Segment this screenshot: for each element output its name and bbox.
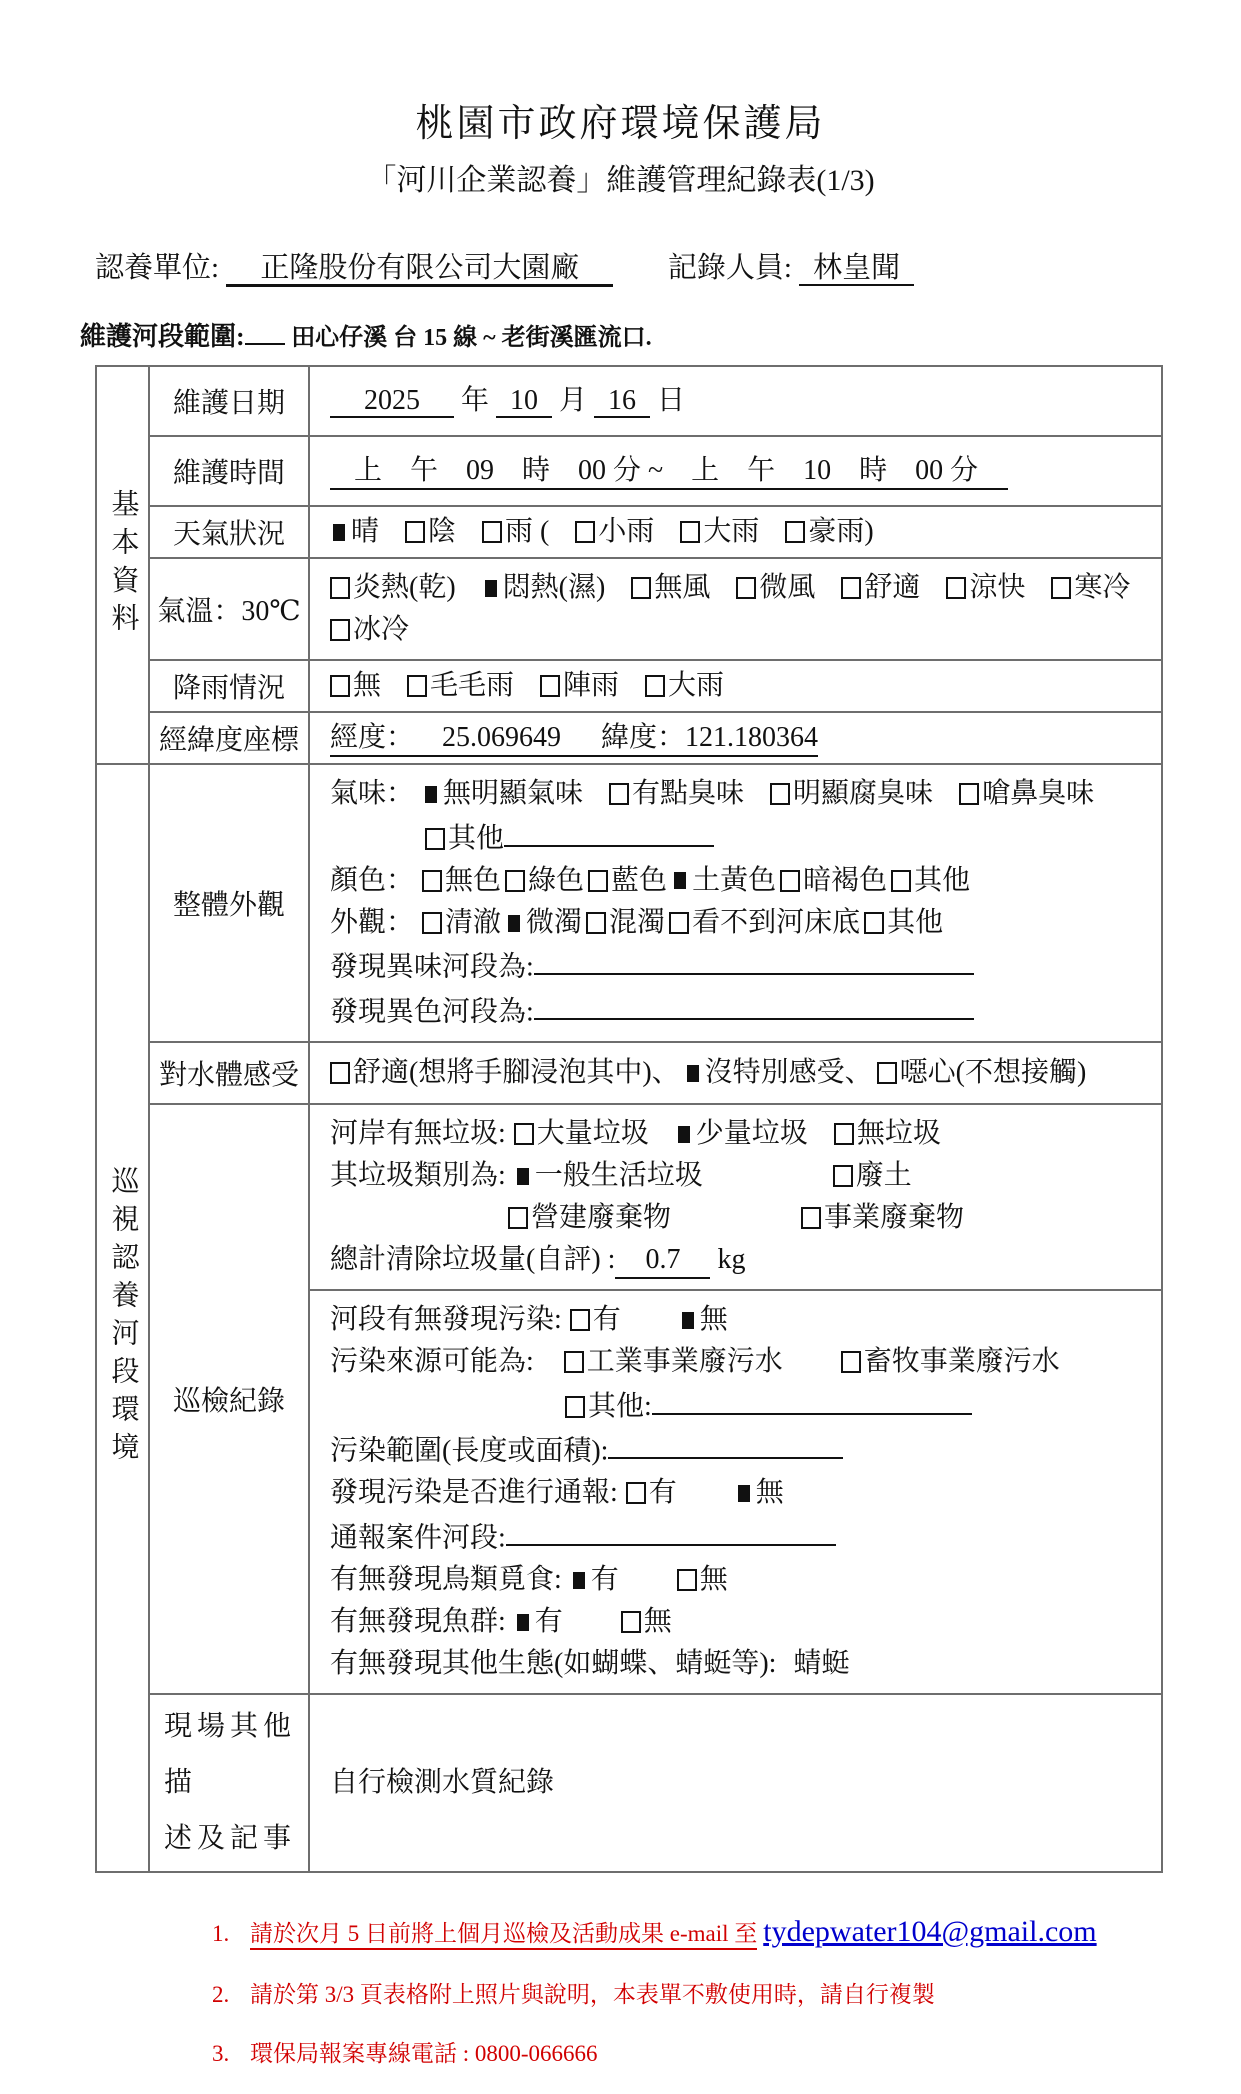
pollution-range-blank[interactable]	[608, 1430, 843, 1459]
look-prefix: 外觀：	[330, 907, 414, 938]
pollution-options: 有無	[570, 1304, 728, 1335]
checkbox-label: 其他:	[588, 1388, 652, 1426]
checkbox-checked[interactable]	[682, 1312, 694, 1329]
checkbox-checked[interactable]	[508, 915, 520, 932]
checkbox-label: 陰	[428, 513, 456, 551]
checkbox-option: 無色	[422, 862, 501, 900]
table-row: 經緯度座標 經度：25.069649 緯度：121.180364	[96, 712, 1162, 764]
checkbox-unchecked[interactable]	[626, 1482, 646, 1504]
checkbox-option: 噁心(不想接觸)	[877, 1054, 1087, 1092]
checkbox-label: 舒適	[864, 569, 920, 607]
odd-color-label: 發現異色河段為:	[330, 996, 534, 1027]
checkbox-label: 沒特別感受、	[705, 1054, 873, 1092]
checkbox-unchecked[interactable]	[330, 1062, 350, 1084]
checkbox-option: 事業廢棄物	[801, 1199, 964, 1237]
checkbox-unchecked[interactable]	[801, 1207, 821, 1229]
checkbox-label: 寒冷	[1074, 569, 1130, 607]
checkbox-unchecked[interactable]	[564, 1351, 584, 1373]
ecology-label: 有無發現其他生態(如蝴蝶、蜻蜓等):	[330, 1648, 776, 1679]
river-range-line: 維護河段範圍: 田心仔溪 台 15 線 ~ 老街溪匯流口.	[80, 316, 1161, 353]
checkbox-unchecked[interactable]	[785, 521, 805, 543]
checkbox-unchecked[interactable]	[330, 675, 350, 697]
bird-prefix: 有無發現鳥類覓食:	[330, 1564, 562, 1595]
checkbox-unchecked[interactable]	[330, 619, 350, 641]
checkbox-unchecked[interactable]	[1051, 577, 1071, 599]
checkbox-option: 微濁	[505, 904, 582, 942]
checkbox-label: 混濁	[609, 904, 665, 942]
checkbox-label: 冰冷	[353, 611, 409, 649]
checkbox-option: 舒適(想將手腳浸泡其中)、	[330, 1054, 680, 1092]
checkbox-option: 一般生活垃圾	[514, 1157, 703, 1195]
maintain-date-value: 2025 年 10 月 16 日	[309, 366, 1162, 436]
checkbox-label: 其他	[448, 820, 504, 858]
garbage-type-prefix: 其垃圾類別為:	[330, 1160, 506, 1191]
checkbox-unchecked[interactable]	[508, 1207, 528, 1229]
checkbox-unchecked[interactable]	[877, 1062, 897, 1084]
report-options: 有無	[626, 1477, 784, 1508]
checkbox-label: 藍色	[611, 862, 667, 900]
weather-label: 天氣狀況	[149, 506, 309, 558]
unit-recorder-line: 認養單位: 正隆股份有限公司大園廠 記錄人員: 林皇聞	[95, 245, 1146, 286]
report-case-label: 通報案件河段:	[330, 1522, 506, 1553]
checkbox-option: 土黃色	[671, 862, 776, 900]
footer-note-1: 1. 請於次月 5 日前將上個月巡檢及活動成果 e-mail 至 tydepwa…	[212, 1915, 1241, 1950]
checkbox-unchecked[interactable]	[588, 870, 608, 892]
checkbox-unchecked[interactable]	[422, 912, 442, 934]
report-case-blank[interactable]	[506, 1517, 836, 1546]
checkbox-option: 營建廢棄物	[508, 1199, 671, 1237]
checkbox-label: 微濁	[526, 904, 582, 942]
color-prefix: 顏色：	[330, 865, 414, 896]
adopt-unit-field[interactable]: 正隆股份有限公司大園廠	[226, 252, 613, 287]
pollution-source-other-blank[interactable]	[652, 1386, 972, 1415]
odd-color-blank[interactable]	[534, 991, 974, 1020]
checkbox-option: 嗆鼻臭味	[959, 775, 1094, 813]
fish-options: 有無	[514, 1606, 672, 1637]
checkbox-label: 營建廢棄物	[531, 1199, 671, 1237]
section-basic-label: 基本資料	[96, 366, 149, 764]
maintain-time-field[interactable]: 上 午 09 時 00 分 ~ 上 午 10 時 00 分	[330, 455, 1008, 490]
rainfall-options: 無毛毛雨陣雨大雨	[309, 660, 1162, 712]
checkbox-label: 悶熱(濕)	[503, 569, 606, 607]
checkbox-unchecked[interactable]	[407, 675, 427, 697]
checkbox-unchecked[interactable]	[482, 521, 502, 543]
checkbox-option: 微風	[736, 569, 815, 607]
checkbox-option: 有	[514, 1603, 563, 1641]
checkbox-unchecked[interactable]	[645, 675, 665, 697]
checkbox-option: 無風	[631, 569, 710, 607]
checkbox-label: 有	[591, 1561, 619, 1599]
checkbox-label: 無風	[654, 569, 710, 607]
checkbox-option: 雨 (	[482, 513, 549, 551]
checkbox-label: 有	[649, 1474, 677, 1512]
checkbox-checked[interactable]	[333, 524, 345, 541]
table-row: 降雨情況 無毛毛雨陣雨大雨	[96, 660, 1162, 712]
checkbox-label: 舒適(想將手腳浸泡其中)、	[353, 1054, 680, 1092]
odd-smell-label: 發現異味河段為:	[330, 951, 534, 982]
river-range-value[interactable]: 田心仔溪 台 15 線 ~ 老街溪匯流口.	[291, 325, 651, 351]
river-range-label: 維護河段範圍	[80, 322, 236, 351]
checkbox-label: 廢土	[856, 1157, 912, 1195]
checkbox-option: 寒冷	[1051, 569, 1130, 607]
checkbox-unchecked[interactable]	[669, 912, 689, 934]
checkbox-option: 舒適	[841, 569, 920, 607]
checkbox-option: 藍色	[588, 862, 667, 900]
checkbox-option: 陣雨	[540, 667, 619, 705]
checkbox-option: 毛毛雨	[407, 667, 514, 705]
checkbox-option: 炎熱(乾)	[330, 569, 456, 607]
checkbox-label: 無色	[445, 862, 501, 900]
checkbox-unchecked[interactable]	[946, 577, 966, 599]
bird-options: 有無	[570, 1564, 728, 1595]
weather-options: 晴陰雨 (小雨大雨豪雨)	[309, 506, 1162, 558]
look-options: 清澈微濁混濁看不到河床底其他	[422, 907, 943, 938]
table-row: 天氣狀況 晴陰雨 (小雨大雨豪雨)	[96, 506, 1162, 558]
colon: :	[236, 322, 245, 351]
checkbox-label: 其他	[914, 862, 970, 900]
patrol-record-pollution-cell: 河段有無發現污染:有無 污染來源可能為:工業事業廢污水畜牧事業廢污水 其他: 污…	[309, 1290, 1162, 1694]
longitude-value: 25.069649	[442, 722, 561, 753]
date-day-field[interactable]: 16	[594, 385, 650, 418]
temperature-options-line1: 炎熱(乾)悶熱(濕)無風微風舒適涼快寒冷	[330, 569, 1149, 607]
checkbox-option: 無明顯氣味	[422, 775, 583, 813]
checkbox-option: 大雨	[680, 513, 759, 551]
checkbox-label: 大雨	[668, 667, 724, 705]
form-page: 桃園市政府環境保護局 「河川企業認養」維護管理紀錄表(1/3) 認養單位: 正隆…	[0, 0, 1241, 2094]
blank-line[interactable]	[245, 318, 285, 345]
patrol-record-garbage-cell: 河岸有無垃圾:大量垃圾少量垃圾無垃圾 其垃圾類別為:一般生活垃圾廢土 營建廢棄物…	[309, 1104, 1162, 1290]
recorder-label: 記錄人員:	[668, 252, 792, 284]
site-notes-content[interactable]: 自行檢測水質紀錄	[309, 1694, 1162, 1872]
garbage-type-row2: 營建廢棄物事業廢棄物	[508, 1202, 964, 1233]
checkbox-label: 雨 (	[505, 513, 549, 551]
temperature-label: 氣溫：30℃	[149, 558, 309, 660]
checkbox-unchecked[interactable]	[575, 521, 595, 543]
checkbox-option: 有	[570, 1561, 619, 1599]
checkbox-option: 無垃圾	[834, 1115, 941, 1153]
checkbox-unchecked[interactable]	[680, 521, 700, 543]
checkbox-option: 畜牧事業廢污水	[841, 1343, 1060, 1381]
checkbox-label: 看不到河床底	[692, 904, 860, 942]
note-text: 請於第 3/3 頁表格附上照片與說明，本表單不敷使用時，請自行複製	[250, 1976, 935, 2009]
maintain-date-label: 維護日期	[149, 366, 309, 436]
checkbox-option: 暗褐色	[780, 862, 887, 900]
checkbox-unchecked[interactable]	[621, 1611, 641, 1633]
date-year-field[interactable]: 2025	[330, 385, 454, 418]
water-feel-label: 對水體感受	[149, 1042, 309, 1104]
checkbox-label: 涼快	[969, 569, 1025, 607]
coordinates-label: 經緯度座標	[149, 712, 309, 764]
adopt-unit-label: 認養單位:	[95, 252, 219, 284]
checkbox-label: 大量垃圾	[537, 1115, 649, 1153]
page-subtitle: 「河川企業認養」維護管理紀錄表(1/3)	[0, 155, 1241, 199]
odor-other-blank[interactable]	[504, 817, 714, 846]
footer-note-2: 2. 請於第 3/3 頁表格附上照片與說明，本表單不敷使用時，請自行複製	[212, 1976, 1241, 2009]
water-feel-options: 舒適(想將手腳浸泡其中)、沒特別感受、噁心(不想接觸)	[309, 1042, 1162, 1104]
checkbox-label: 炎熱(乾)	[353, 569, 456, 607]
day-unit: 日	[657, 385, 685, 416]
checkbox-option: 無	[621, 1603, 672, 1641]
checkbox-unchecked[interactable]	[505, 870, 525, 892]
odd-smell-blank[interactable]	[534, 946, 974, 975]
checkbox-label: 無	[700, 1301, 728, 1339]
checkbox-checked[interactable]	[517, 1168, 529, 1185]
pollution-source-row2: 其他:	[565, 1391, 652, 1422]
checkbox-unchecked[interactable]	[891, 870, 911, 892]
checkbox-label: 土黃色	[692, 862, 776, 900]
checkbox-label: 小雨	[598, 513, 654, 551]
checkbox-option: 晴	[330, 513, 379, 551]
year-unit: 年	[461, 385, 489, 416]
latitude-label: 緯度：	[601, 722, 685, 753]
checkbox-checked[interactable]	[425, 786, 437, 803]
checkbox-label: 少量垃圾	[696, 1115, 808, 1153]
note-number: 1.	[212, 1921, 250, 1947]
checkbox-checked[interactable]	[485, 580, 497, 597]
temperature-options-line2: 冰冷	[330, 611, 1149, 649]
checkbox-label: 其他	[887, 904, 943, 942]
checkbox-label: 晴	[351, 513, 379, 551]
latitude-value: 121.180364	[685, 722, 818, 753]
checkbox-label: 無	[700, 1561, 728, 1599]
checkbox-option: 陰	[405, 513, 456, 551]
pollution-source-prefix: 污染來源可能為:	[330, 1346, 534, 1377]
overall-appearance-label: 整體外觀	[149, 764, 309, 1042]
checkbox-label: 無	[353, 667, 381, 705]
site-notes-label: 現場其他描 述及記事	[149, 1694, 309, 1872]
checkbox-label: 噁心(不想接觸)	[900, 1054, 1087, 1092]
checkbox-label: 嗆鼻臭味	[982, 775, 1094, 813]
checkbox-option: 無	[735, 1474, 784, 1512]
checkbox-unchecked[interactable]	[514, 1123, 534, 1145]
checkbox-option: 廢土	[833, 1157, 912, 1195]
checkbox-unchecked[interactable]	[736, 577, 756, 599]
patrol-record-label: 巡檢紀錄	[149, 1104, 309, 1694]
checkbox-label: 畜牧事業廢污水	[864, 1343, 1060, 1381]
checkbox-label: 暗褐色	[803, 862, 887, 900]
checkbox-unchecked[interactable]	[864, 912, 884, 934]
checkbox-label: 一般生活垃圾	[535, 1157, 703, 1195]
coordinates-field[interactable]: 經度：25.069649 緯度：121.180364	[330, 722, 818, 757]
table-row: 對水體感受 舒適(想將手腳浸泡其中)、沒特別感受、噁心(不想接觸)	[96, 1042, 1162, 1104]
checkbox-checked[interactable]	[687, 1065, 699, 1082]
site-notes-label-line2: 述及記事	[156, 1811, 302, 1867]
checkbox-label: 無垃圾	[857, 1115, 941, 1153]
pollution-range-label: 污染範圍(長度或面積):	[330, 1435, 608, 1466]
checkbox-label: 無明顯氣味	[443, 775, 583, 813]
table-row: 維護時間 上 午 09 時 00 分 ~ 上 午 10 時 00 分	[96, 436, 1162, 506]
checkbox-option: 綠色	[505, 862, 584, 900]
checkbox-checked[interactable]	[517, 1614, 529, 1631]
checkbox-checked[interactable]	[678, 1126, 690, 1143]
checkbox-unchecked[interactable]	[834, 1123, 854, 1145]
checkbox-option: 其他:	[565, 1388, 652, 1426]
odor-other-option: 其他	[425, 823, 504, 854]
ecology-value[interactable]: 蜻蜓	[793, 1648, 849, 1679]
checkbox-unchecked[interactable]	[631, 577, 651, 599]
email-link[interactable]: tydepwater104@gmail.com	[763, 1915, 1096, 1949]
checkbox-option: 少量垃圾	[675, 1115, 808, 1153]
checkbox-unchecked[interactable]	[833, 1165, 853, 1187]
odor-options: 無明顯氣味有點臭味明顯腐臭味嗆鼻臭味	[422, 778, 1094, 809]
footer-note-3: 3. 環保局報案專線電話 : 0800-066666	[212, 2035, 1241, 2068]
checkbox-label: 工業事業廢污水	[587, 1343, 783, 1381]
checkbox-checked[interactable]	[573, 1572, 585, 1589]
checkbox-option: 混濁	[586, 904, 665, 942]
garbage-total-unit: kg	[717, 1244, 745, 1275]
note-number: 3.	[212, 2041, 250, 2067]
checkbox-option: 有	[626, 1474, 677, 1512]
section-patrol-label: 巡視認養河段環境	[96, 764, 149, 1872]
maintain-time-label: 維護時間	[149, 436, 309, 506]
temperature-cell: 炎熱(乾)悶熱(濕)無風微風舒適涼快寒冷 冰冷	[309, 558, 1162, 660]
checkbox-option: 清澈	[422, 904, 501, 942]
record-table: 基本資料 維護日期 2025 年 10 月 16 日 維護時間 上 午 09 時…	[95, 365, 1163, 1873]
checkbox-option: 看不到河床底	[669, 904, 860, 942]
overall-appearance-cell: 氣味：無明顯氣味有點臭味明顯腐臭味嗆鼻臭味 其他 顏色：無色綠色藍色土黃色暗褐色…	[309, 764, 1162, 1042]
checkbox-label: 陣雨	[563, 667, 619, 705]
longitude-label: 經度：	[330, 722, 414, 753]
checkbox-label: 無	[644, 1603, 672, 1641]
date-month-field[interactable]: 10	[496, 385, 552, 418]
checkbox-label: 綠色	[528, 862, 584, 900]
table-row: 巡檢紀錄 河岸有無垃圾:大量垃圾少量垃圾無垃圾 其垃圾類別為:一般生活垃圾廢土 …	[96, 1104, 1162, 1290]
recorder-field[interactable]: 林皇聞	[799, 252, 914, 286]
maintain-time-cell: 上 午 09 時 00 分 ~ 上 午 10 時 00 分	[309, 436, 1162, 506]
garbage-total-label: 總計清除垃圾量(自評) :	[330, 1244, 615, 1275]
checkbox-label: 大雨	[703, 513, 759, 551]
checkbox-unchecked[interactable]	[609, 783, 629, 805]
checkbox-option: 豪雨)	[785, 513, 873, 551]
coordinates-cell: 經度：25.069649 緯度：121.180364	[309, 712, 1162, 764]
checkbox-option: 其他	[891, 862, 970, 900]
checkbox-label: 有點臭味	[632, 775, 744, 813]
checkbox-unchecked[interactable]	[841, 1351, 861, 1373]
checkbox-label: 清澈	[445, 904, 501, 942]
checkbox-option: 無	[677, 1561, 728, 1599]
footer-notes: 1. 請於次月 5 日前將上個月巡檢及活動成果 e-mail 至 tydepwa…	[212, 1915, 1241, 2068]
checkbox-label: 明顯腐臭味	[793, 775, 933, 813]
report-prefix: 發現污染是否進行通報:	[330, 1477, 618, 1508]
checkbox-unchecked[interactable]	[330, 577, 350, 599]
checkbox-unchecked[interactable]	[425, 828, 445, 850]
garbage-total-field[interactable]: 0.7	[615, 1244, 710, 1279]
checkbox-option: 小雨	[575, 513, 654, 551]
garbage-options: 大量垃圾少量垃圾無垃圾	[514, 1118, 941, 1149]
checkbox-checked[interactable]	[674, 872, 686, 889]
checkbox-checked[interactable]	[738, 1485, 750, 1502]
odor-prefix: 氣味：	[330, 778, 414, 809]
checkbox-unchecked[interactable]	[570, 1309, 590, 1331]
note-text: 環保局報案專線電話 : 0800-066666	[250, 2035, 598, 2068]
month-unit: 月	[559, 385, 587, 416]
checkbox-unchecked[interactable]	[586, 912, 606, 934]
checkbox-unchecked[interactable]	[405, 521, 425, 543]
table-row: 現場其他描 述及記事 自行檢測水質紀錄	[96, 1694, 1162, 1872]
page-title: 桃園市政府環境保護局	[0, 92, 1241, 147]
checkbox-option: 悶熱(濕)	[482, 569, 606, 607]
checkbox-unchecked[interactable]	[422, 870, 442, 892]
checkbox-label: 豪雨)	[808, 513, 873, 551]
checkbox-label: 微風	[759, 569, 815, 607]
pollution-prefix: 河段有無發現污染:	[330, 1304, 562, 1335]
checkbox-label: 有	[535, 1603, 563, 1641]
note-text: 請於次月 5 日前將上個月巡檢及活動成果 e-mail 至	[250, 1915, 757, 1950]
checkbox-label: 有	[593, 1301, 621, 1339]
checkbox-option: 無	[330, 667, 381, 705]
pollution-source-row1: 工業事業廢污水畜牧事業廢污水	[564, 1346, 1060, 1377]
checkbox-option: 大量垃圾	[514, 1115, 649, 1153]
checkbox-option: 其他	[425, 820, 504, 858]
checkbox-label: 毛毛雨	[430, 667, 514, 705]
table-row: 巡視認養河段環境 整體外觀 氣味：無明顯氣味有點臭味明顯腐臭味嗆鼻臭味 其他 顏…	[96, 764, 1162, 1042]
checkbox-unchecked[interactable]	[770, 783, 790, 805]
note-number: 2.	[212, 1982, 250, 2008]
garbage-prefix: 河岸有無垃圾:	[330, 1118, 506, 1149]
table-row: 基本資料 維護日期 2025 年 10 月 16 日	[96, 366, 1162, 436]
checkbox-option: 大雨	[645, 667, 724, 705]
checkbox-label: 事業廢棄物	[824, 1199, 964, 1237]
checkbox-unchecked[interactable]	[677, 1569, 697, 1591]
rainfall-label: 降雨情況	[149, 660, 309, 712]
table-row: 氣溫：30℃ 炎熱(乾)悶熱(濕)無風微風舒適涼快寒冷 冰冷	[96, 558, 1162, 660]
site-notes-label-line1: 現場其他描	[156, 1699, 302, 1811]
checkbox-option: 工業事業廢污水	[564, 1343, 783, 1381]
checkbox-unchecked[interactable]	[780, 870, 800, 892]
color-options: 無色綠色藍色土黃色暗褐色其他	[422, 865, 970, 896]
checkbox-option: 有點臭味	[609, 775, 744, 813]
checkbox-unchecked[interactable]	[959, 783, 979, 805]
checkbox-unchecked[interactable]	[540, 675, 560, 697]
garbage-type-row1: 一般生活垃圾廢土	[514, 1160, 912, 1191]
fish-prefix: 有無發現魚群:	[330, 1606, 506, 1637]
checkbox-option: 冰冷	[330, 611, 409, 649]
checkbox-unchecked[interactable]	[841, 577, 861, 599]
checkbox-option: 沒特別感受、	[684, 1054, 873, 1092]
checkbox-option: 明顯腐臭味	[770, 775, 933, 813]
checkbox-option: 其他	[864, 904, 943, 942]
checkbox-option: 有	[570, 1301, 621, 1339]
checkbox-option: 涼快	[946, 569, 1025, 607]
checkbox-option: 無	[679, 1301, 728, 1339]
checkbox-label: 無	[756, 1474, 784, 1512]
checkbox-unchecked[interactable]	[565, 1396, 585, 1418]
